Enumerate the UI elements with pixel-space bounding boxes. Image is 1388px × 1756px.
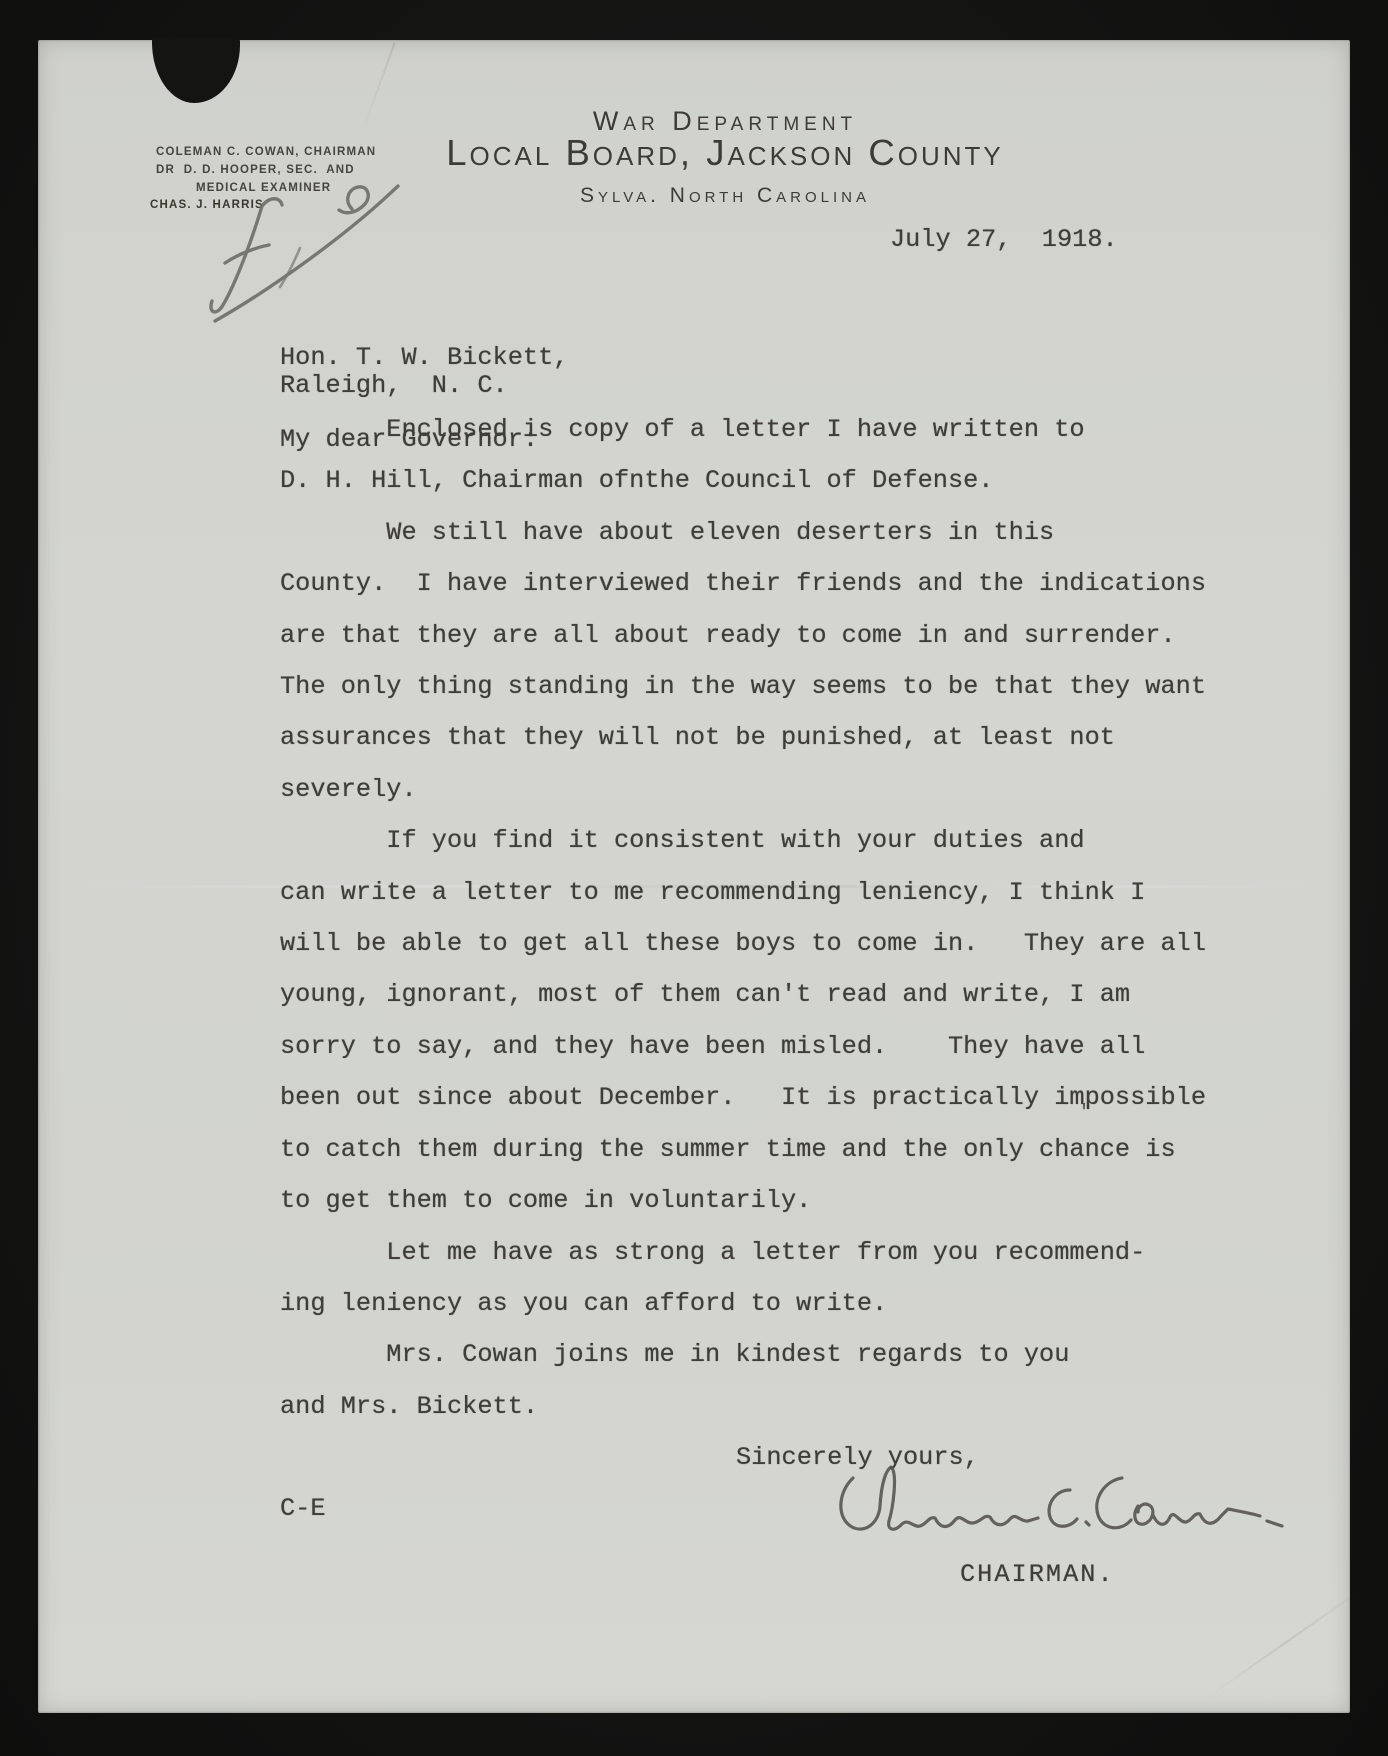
letter-body-line: can write a letter to me recommending le… xyxy=(280,867,1206,918)
letter-body-line: County. I have interviewed their friends… xyxy=(280,558,1206,609)
recipient-address-line: Hon. T. W. Bickett, xyxy=(280,344,568,372)
signature-coleman-c-cowan xyxy=(818,1435,1298,1570)
letter-body-line: and Mrs. Bickett. xyxy=(280,1381,1206,1432)
letter-body-line: been out since about December. It is pra… xyxy=(280,1072,1206,1123)
recipient-address: Hon. T. W. Bickett,Raleigh, N. C. xyxy=(280,344,568,400)
letter-body-line: severely. xyxy=(280,764,1206,815)
letter-body-line: young, ignorant, most of them can't read… xyxy=(280,969,1206,1020)
bottom-right-crease xyxy=(1206,1583,1371,1699)
letter-body-line: to catch them during the summer time and… xyxy=(280,1124,1206,1175)
date: July 27, 1918. xyxy=(890,225,1118,254)
signature-title: CHAIRMAN. xyxy=(960,1560,1115,1589)
letter-body-line: assurances that they will not be punishe… xyxy=(280,712,1206,763)
letter-body-line: are that they are all about ready to com… xyxy=(280,610,1206,661)
stray-ink-mark: ' xyxy=(1078,1102,1090,1125)
punched-hole-notch xyxy=(152,37,240,103)
recipient-address-line: Raleigh, N. C. xyxy=(280,372,568,400)
letter-body-line: If you find it consistent with your duti… xyxy=(280,815,1206,866)
letter-body-line: We still have about eleven deserters in … xyxy=(280,507,1206,558)
letter-body-line: to get them to come in voluntarily. xyxy=(280,1175,1206,1226)
letter-body-line: sorry to say, and they have been misled.… xyxy=(280,1021,1206,1072)
scan-background: { "letterhead": { "officials": [ "COLEMA… xyxy=(0,0,1388,1756)
letter-body-line: will be able to get all these boys to co… xyxy=(280,918,1206,969)
letter-body-line: Enclosed is copy of a letter I have writ… xyxy=(280,404,1206,455)
letter-paper: COLEMAN C. COWAN, CHAIRMANDR D. D. HOOPE… xyxy=(38,40,1350,1713)
reference-initials: C-E xyxy=(280,1494,326,1523)
letter-body: Enclosed is copy of a letter I have writ… xyxy=(280,404,1206,1432)
letter-body-line: Mrs. Cowan joins me in kindest regards t… xyxy=(280,1329,1206,1380)
letter-body-line: ing leniency as you can afford to write. xyxy=(280,1278,1206,1329)
letter-body-line: Let me have as strong a letter from you … xyxy=(280,1227,1206,1278)
letter-body-line: D. H. Hill, Chairman ofnthe Council of D… xyxy=(280,455,1206,506)
handwritten-file-annotation xyxy=(188,160,418,340)
letter-body-line: The only thing standing in the way seems… xyxy=(280,661,1206,712)
